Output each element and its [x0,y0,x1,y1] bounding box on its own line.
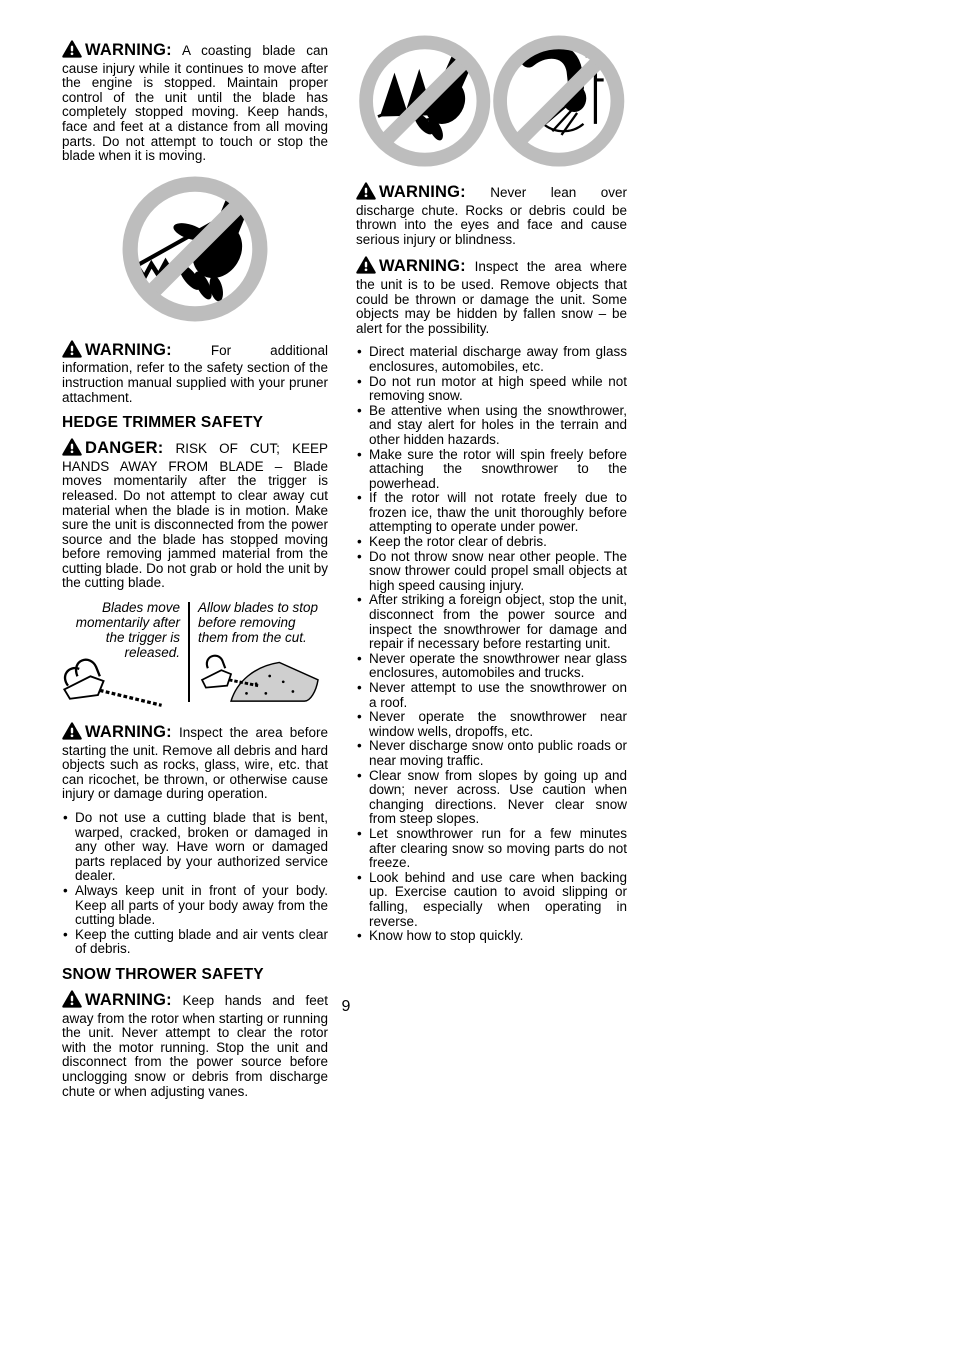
list-item: Clear snow from slopes by going up and d… [356,769,627,827]
warning-chute-paragraph: WARNING: Never lean over discharge chute… [356,182,627,247]
warning-label: WARNING: [379,183,466,201]
hedge-captions-figure: Blades move momentarily after the trigge… [62,600,328,710]
warning-triangle-icon [62,40,82,62]
hedge-safety-bullet-list: Do not use a cutting blade that is bent,… [62,811,328,957]
hedge-trimmer-safety-heading: HEDGE TRIMMER SAFETY [62,414,328,432]
list-item: Keep the rotor clear of debris. [356,535,627,550]
snow-prohibition-figures [356,32,627,170]
list-item: Never discharge snow onto public roads o… [356,739,627,768]
list-item: Keep the cutting blade and air vents cle… [62,928,328,957]
list-item: Do not run motor at high speed while not… [356,375,627,404]
warning-label: WARNING: [85,41,172,59]
list-item: Know how to stop quickly. [356,929,627,944]
hedge-cutting-illustration [198,647,324,705]
warning-label: WARNING: [85,341,172,359]
no-touch-blade-icon [119,173,271,325]
list-item: Direct material discharge away from glas… [356,345,627,374]
caption-divider [188,602,190,702]
no-touch-rotor-icon [356,32,494,170]
caption-blades-move: Blades move momentarily after the trigge… [62,600,180,660]
list-item: Always keep unit in front of your body. … [62,884,328,928]
snow-safety-bullet-list: Direct material discharge away from glas… [356,345,627,943]
list-item: Be attentive when using the snowthrower,… [356,404,627,448]
warning-triangle-icon [62,990,82,1012]
caption-allow-stop-block: Allow blades to stop before removing the… [198,600,328,710]
list-item: If the rotor will not rotate freely due … [356,491,627,535]
list-item: Never operate the snowthrower near glass… [356,652,627,681]
warning-triangle-icon [356,256,376,278]
warning-coasting-paragraph: WARNING: A coasting blade can cause inju… [62,40,328,164]
list-item: Let snowthrower run for a few minutes af… [356,827,627,871]
manual-page: WARNING: A coasting blade can cause inju… [0,0,954,1348]
danger-text: RISK OF CUT; KEEP HANDS AWAY FROM BLADE … [62,441,328,590]
warning-label: WARNING: [85,723,172,741]
caption-allow-stop: Allow blades to stop before removing the… [198,600,328,645]
warning-label: WARNING: [85,991,172,1009]
warning-triangle-icon [62,340,82,362]
warning-inspect-hedge-paragraph: WARNING: Inspect the area before startin… [62,722,328,802]
warning-inspect-snow-paragraph: WARNING: Inspect the area where the unit… [356,256,627,336]
warning-pruner-paragraph: WARNING: For additional information, ref… [62,340,328,405]
list-item: Do not use a cutting blade that is bent,… [62,811,328,884]
list-item: Look behind and use care when backing up… [356,871,627,929]
list-item: Make sure the rotor will spin freely bef… [356,448,627,492]
warning-triangle-icon [62,722,82,744]
right-column: WARNING: Never lean over discharge chute… [356,32,627,953]
list-item: Never attempt to use the snowthrower on … [356,681,627,710]
warning-text: A coasting blade can cause injury while … [62,43,328,163]
no-reach-chute-icon [490,32,628,170]
page-number: 9 [316,998,376,1016]
danger-cut-paragraph: DANGER: RISK OF CUT; KEEP HANDS AWAY FRO… [62,438,328,591]
warning-triangle-icon [62,438,82,460]
snow-thrower-safety-heading: SNOW THROWER SAFETY [62,966,328,984]
caption-blades-move-block: Blades move momentarily after the trigge… [62,600,180,710]
no-touch-blade-figure [62,173,328,330]
list-item: Do not throw snow near other people. The… [356,550,627,594]
warning-triangle-icon [356,182,376,204]
left-column: WARNING: A coasting blade can cause inju… [62,40,328,1108]
warning-label: WARNING: [379,257,466,275]
danger-label: DANGER: [85,439,163,457]
list-item: Never operate the snowthrower near windo… [356,710,627,739]
list-item: After striking a foreign object, stop th… [356,593,627,651]
hedge-trimmer-illustration [56,652,168,710]
warning-rotor-paragraph: WARNING: Keep hands and feet away from t… [62,990,328,1099]
